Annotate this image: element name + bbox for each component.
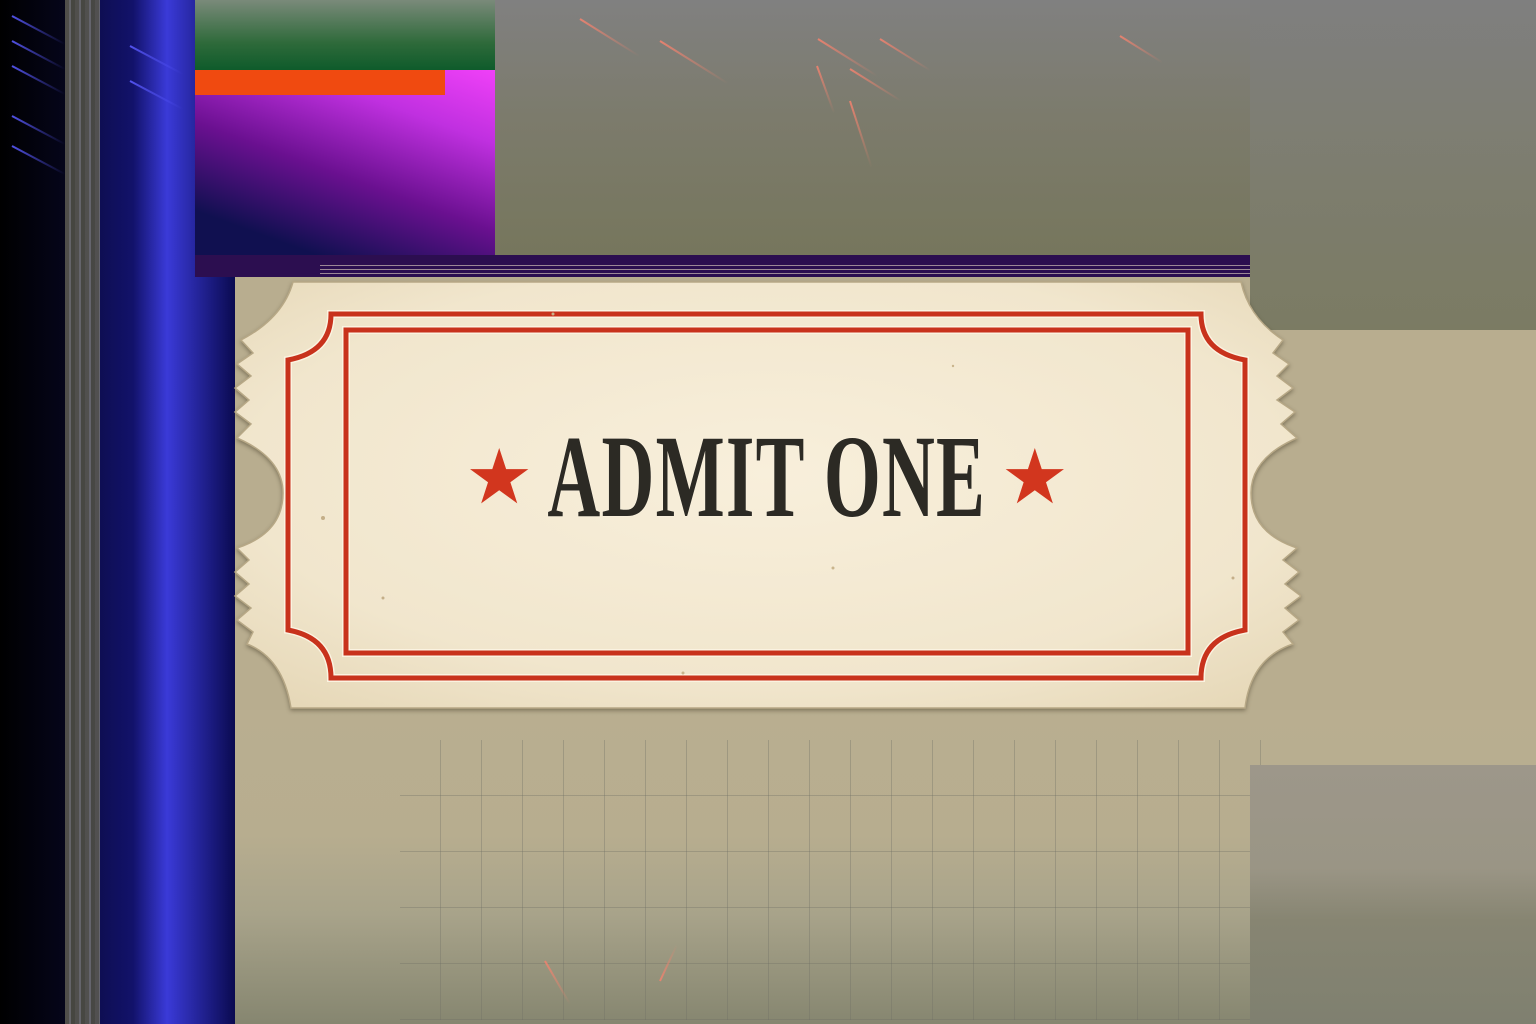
background-stripe-artifact [65, 0, 100, 1024]
background-green-glitch [195, 0, 495, 72]
background-black-strip [0, 0, 65, 1024]
background-magenta-glitch [195, 70, 495, 255]
ticket-title-row: ★ ADMIT ONE ★ [233, 418, 1301, 536]
ticket-title: ADMIT ONE [548, 418, 987, 536]
background-line-artifacts [400, 740, 1280, 1020]
star-icon: ★ [1001, 439, 1069, 515]
background-purple-lines [320, 262, 1250, 276]
star-icon: ★ [465, 439, 533, 515]
background-dark-corner [1250, 765, 1536, 1024]
background-orange-band [195, 70, 445, 95]
